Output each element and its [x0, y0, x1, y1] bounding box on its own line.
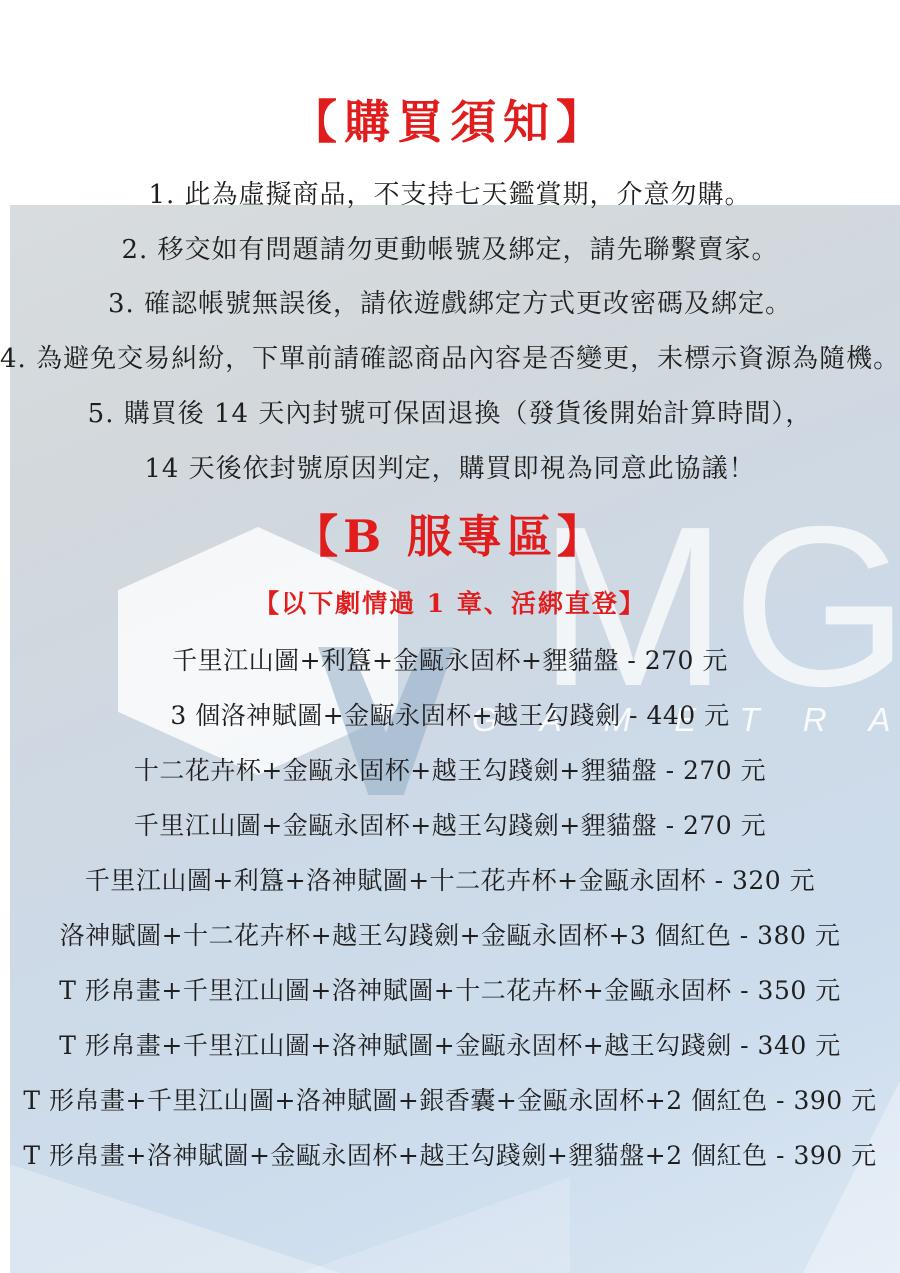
- notice-line-4: 4. 為避免交易糾紛，下單前請確認商品內容是否變更，未標示資源為隨機。: [0, 338, 900, 375]
- notice-page: MG G A M E T R A D E 【購買須知】 1. 此為虛擬商品，不支…: [0, 0, 900, 1273]
- product-line-7: T 形帛畫+千里江山圖+洛神賦圖+十二花卉杯+金甌永固杯 - 350 元: [0, 971, 900, 1007]
- page-title: 【購買須知】: [0, 86, 900, 152]
- notice-line-3: 3. 確認帳號無誤後，請依遊戲綁定方式更改密碼及綁定。: [0, 283, 900, 320]
- decorative-triangle-bottom-middle: [300, 1177, 570, 1273]
- product-line-6: 洛神賦圖+十二花卉杯+越王勾踐劍+金甌永固杯+3 個紅色 - 380 元: [0, 916, 900, 952]
- product-line-5: 千里江山圖+利簋+洛神賦圖+十二花卉杯+金甌永固杯 - 320 元: [0, 861, 900, 897]
- section-title: 【B 服專區】: [0, 500, 900, 565]
- notice-line-5: 5. 購買後 14 天內封號可保固退換（發貨後開始計算時間），: [0, 393, 900, 430]
- product-line-8: T 形帛畫+千里江山圖+洛神賦圖+金甌永固杯+越王勾踐劍 - 340 元: [0, 1026, 900, 1062]
- notice-line-2: 2. 移交如有問題請勿更動帳號及綁定，請先聯繫賣家。: [0, 229, 900, 266]
- product-line-3: 十二花卉杯+金甌永固杯+越王勾踐劍+貍貓盤 - 270 元: [0, 751, 900, 787]
- notice-line-6: 14 天後依封號原因判定，購買即視為同意此協議！: [0, 448, 900, 485]
- product-line-10: T 形帛畫+洛神賦圖+金甌永固杯+越王勾踐劍+貍貓盤+2 個紅色 - 390 元: [0, 1136, 900, 1172]
- product-line-2: 3 個洛神賦圖+金甌永固杯+越王勾踐劍 - 440 元: [0, 696, 900, 732]
- product-line-1: 千里江山圖+利簋+金甌永固杯+貍貓盤 - 270 元: [0, 641, 900, 677]
- product-line-9: T 形帛畫+千里江山圖+洛神賦圖+銀香囊+金甌永固杯+2 個紅色 - 390 元: [0, 1081, 900, 1117]
- section-subtitle: 【以下劇情過 1 章、活綁直登】: [0, 584, 900, 620]
- notice-line-1: 1. 此為虛擬商品，不支持七天鑑賞期，介意勿購。: [0, 174, 900, 211]
- product-line-4: 千里江山圖+金甌永固杯+越王勾踐劍+貍貓盤 - 270 元: [0, 806, 900, 842]
